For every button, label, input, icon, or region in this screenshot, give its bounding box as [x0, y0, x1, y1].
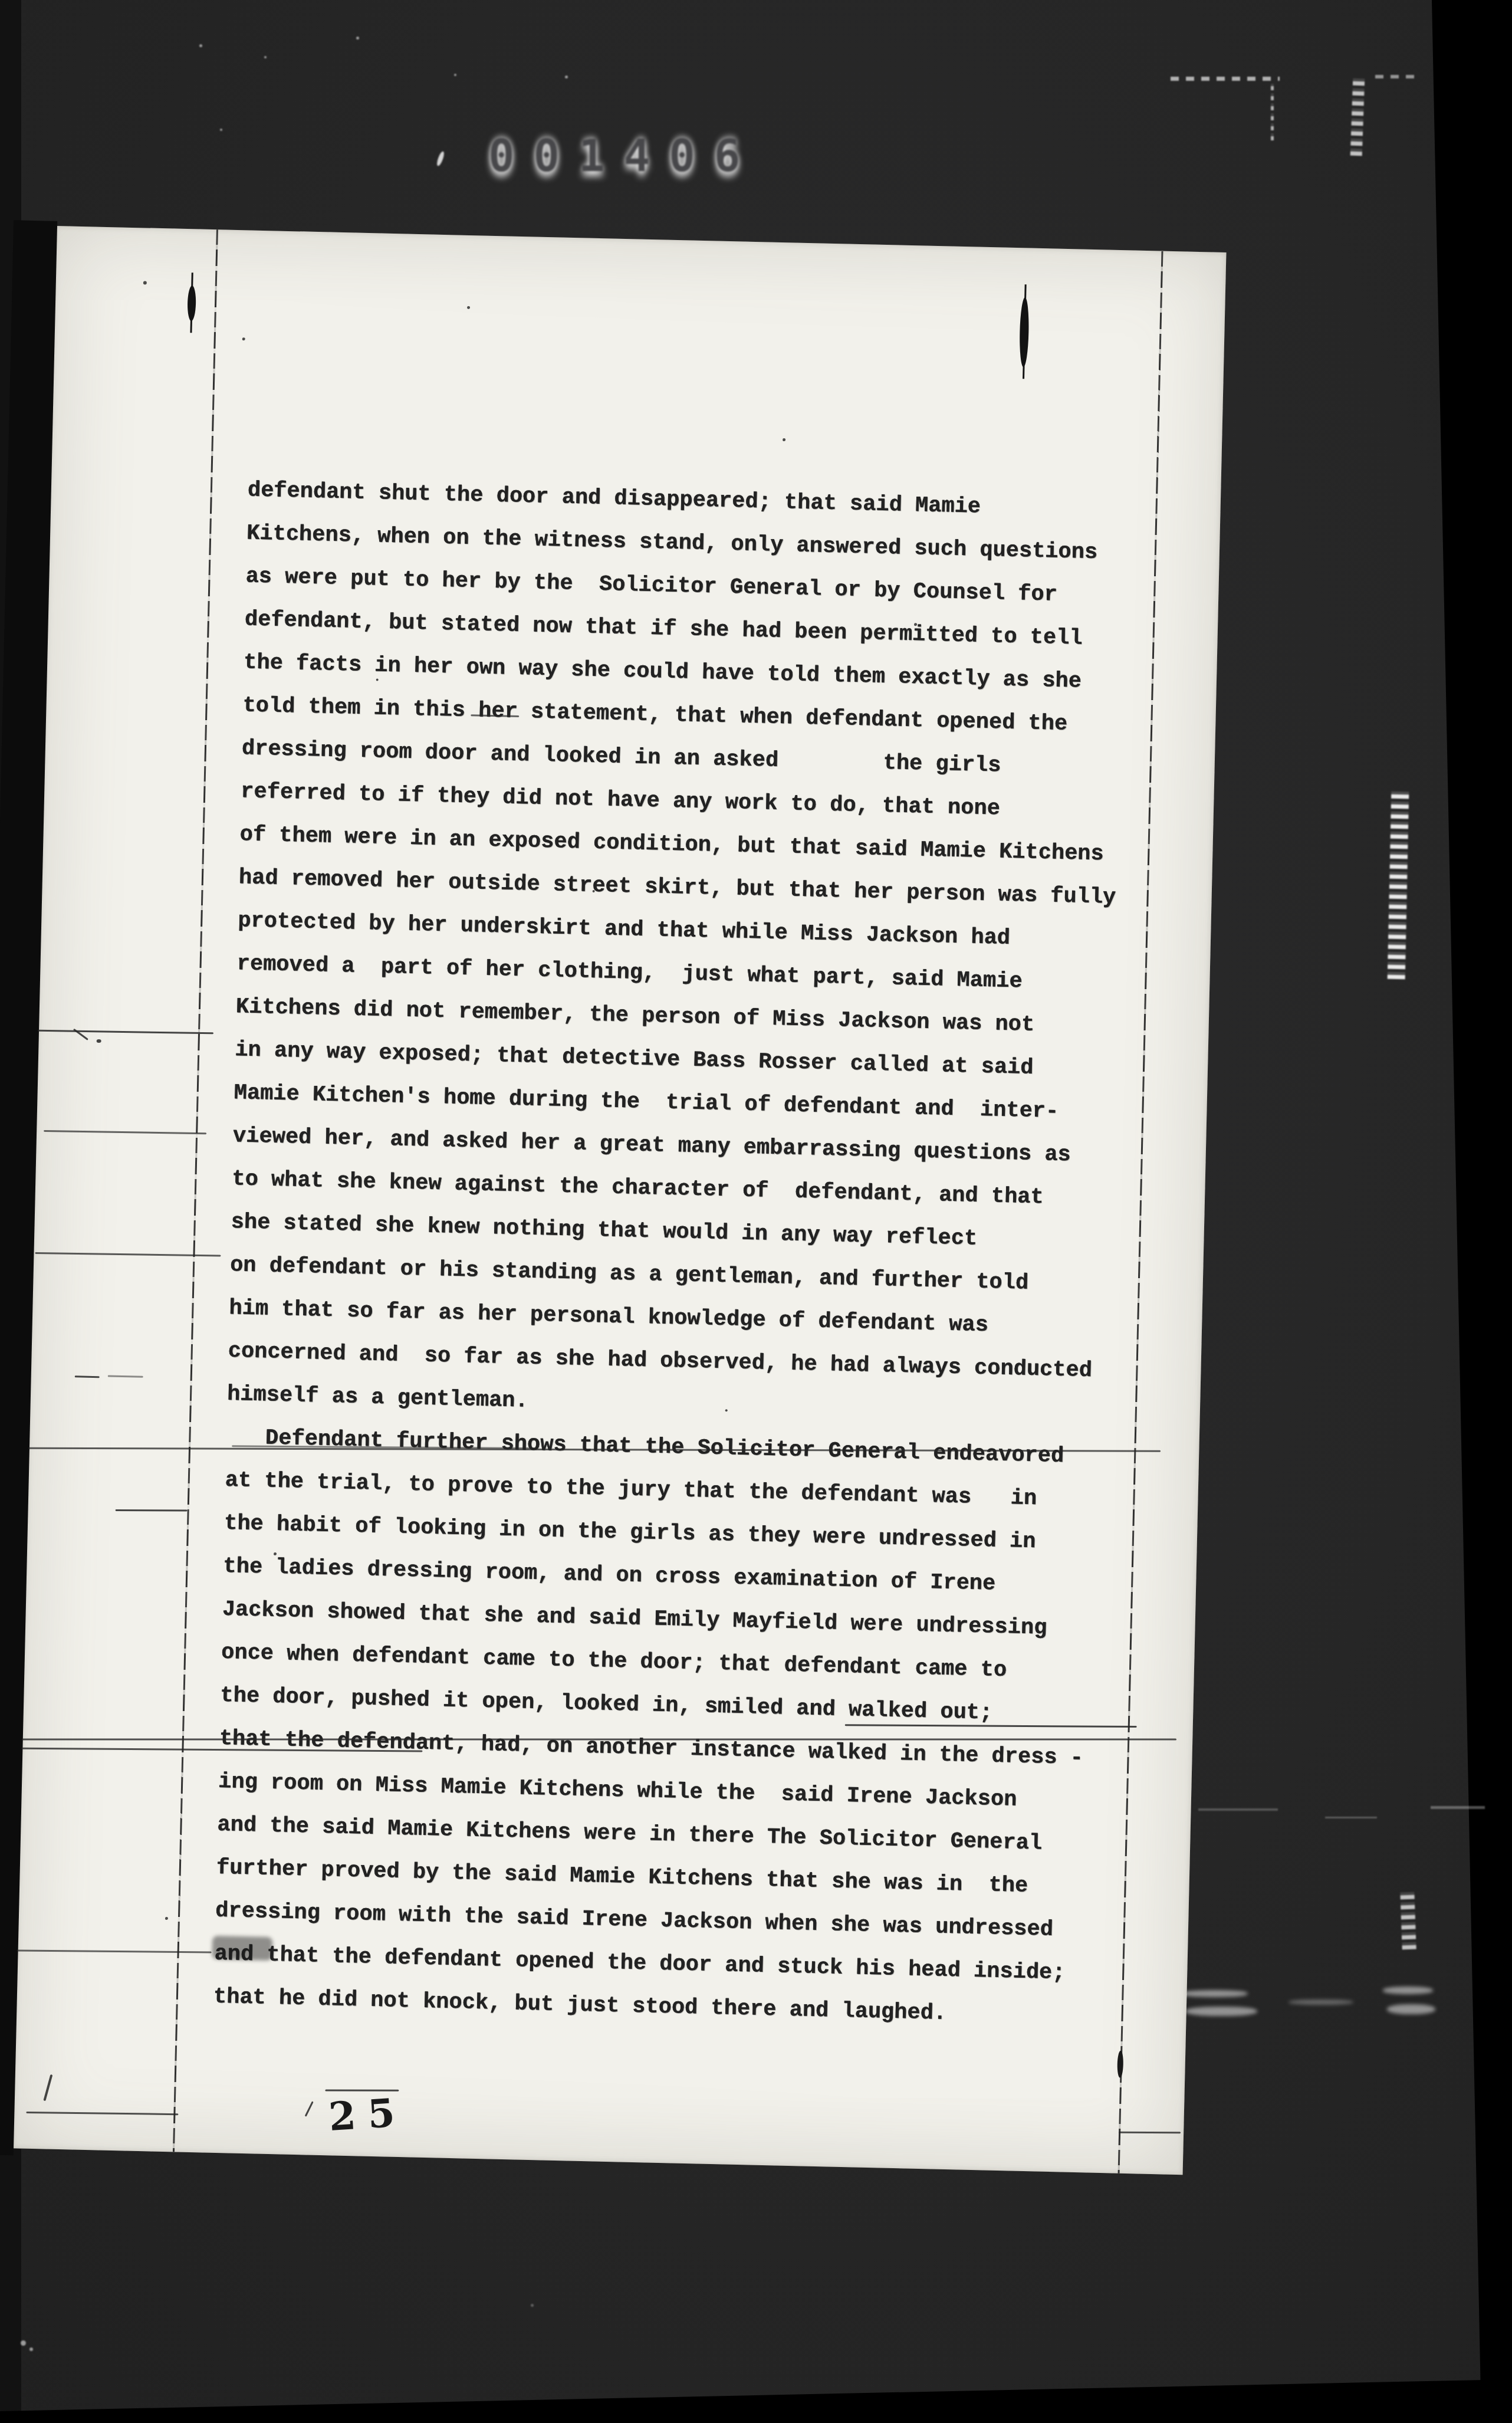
pen-margin-line	[26, 2112, 178, 2115]
film-speck	[264, 56, 267, 58]
film-scratch	[1271, 84, 1274, 140]
pen-dash	[75, 1375, 100, 1378]
pen-margin-line	[44, 1130, 206, 1134]
paper-speck	[467, 306, 470, 309]
paper-speck	[376, 679, 379, 681]
film-edge-bottom	[0, 2371, 1512, 2423]
film-speck	[21, 2340, 26, 2346]
film-scratch	[1198, 1808, 1278, 1811]
pen-check-mark	[43, 2074, 52, 2101]
typed-text: defendant shut the door and disappeared;…	[213, 469, 1161, 2039]
paper-speck	[242, 337, 245, 340]
pen-margin-line	[38, 1030, 213, 1035]
film-speck	[220, 129, 222, 131]
document-page: defendant shut the door and disappeared;…	[12, 226, 1226, 2175]
paper-speck	[725, 1409, 728, 1411]
ink-blob	[1117, 2051, 1123, 2078]
ink-blot	[1019, 297, 1030, 367]
film-scratch	[1325, 1817, 1377, 1818]
film-edge-right	[1432, 0, 1512, 2423]
pen-strike-line	[22, 1739, 1176, 1741]
page-left-shadow	[0, 220, 57, 2155]
film-speck	[29, 2348, 33, 2351]
pen-crease-line	[1119, 2132, 1181, 2134]
film-speck	[199, 44, 202, 47]
film-scratch	[436, 150, 445, 166]
film-scratch	[1375, 75, 1416, 78]
stamp-number: 001406	[488, 131, 759, 184]
film-scratch	[1185, 2007, 1257, 2016]
paper-speck	[783, 438, 785, 441]
paper-speck	[914, 623, 917, 626]
paper-speck	[143, 281, 147, 284]
film-scratch	[1387, 2004, 1435, 2014]
left-margin-rule	[173, 229, 218, 2152]
film-scratch	[1171, 77, 1280, 81]
film-scratch	[1182, 1990, 1248, 1997]
film-scratch	[1388, 792, 1409, 980]
film-scratch	[1431, 1806, 1485, 1809]
paper-speck	[593, 890, 595, 892]
pen-dot	[97, 1039, 101, 1043]
film-scratch	[1400, 1890, 1416, 1950]
film-speck	[531, 2304, 534, 2307]
ink-blot	[187, 285, 196, 321]
pen-dash	[116, 1509, 188, 1512]
film-scratch	[1289, 2000, 1353, 2005]
film-scratch	[1383, 1987, 1433, 1994]
film-speck	[454, 74, 456, 76]
film-speck	[565, 75, 568, 78]
overstrike-smudge	[212, 1936, 272, 1961]
microfilm-frame: { "stamp": { "text": "001406" }, "page":…	[0, 0, 1512, 2423]
pen-overline	[325, 2089, 399, 2091]
paper-speck	[165, 1917, 168, 1920]
pen-tick	[305, 2101, 314, 2116]
pen-margin-line	[17, 1950, 212, 1953]
film-speck	[356, 37, 359, 40]
film-scratch	[1350, 78, 1365, 156]
pen-dash	[108, 1375, 143, 1377]
paper-speck	[274, 1552, 277, 1555]
page-number-handwritten: 25	[327, 2089, 408, 2140]
